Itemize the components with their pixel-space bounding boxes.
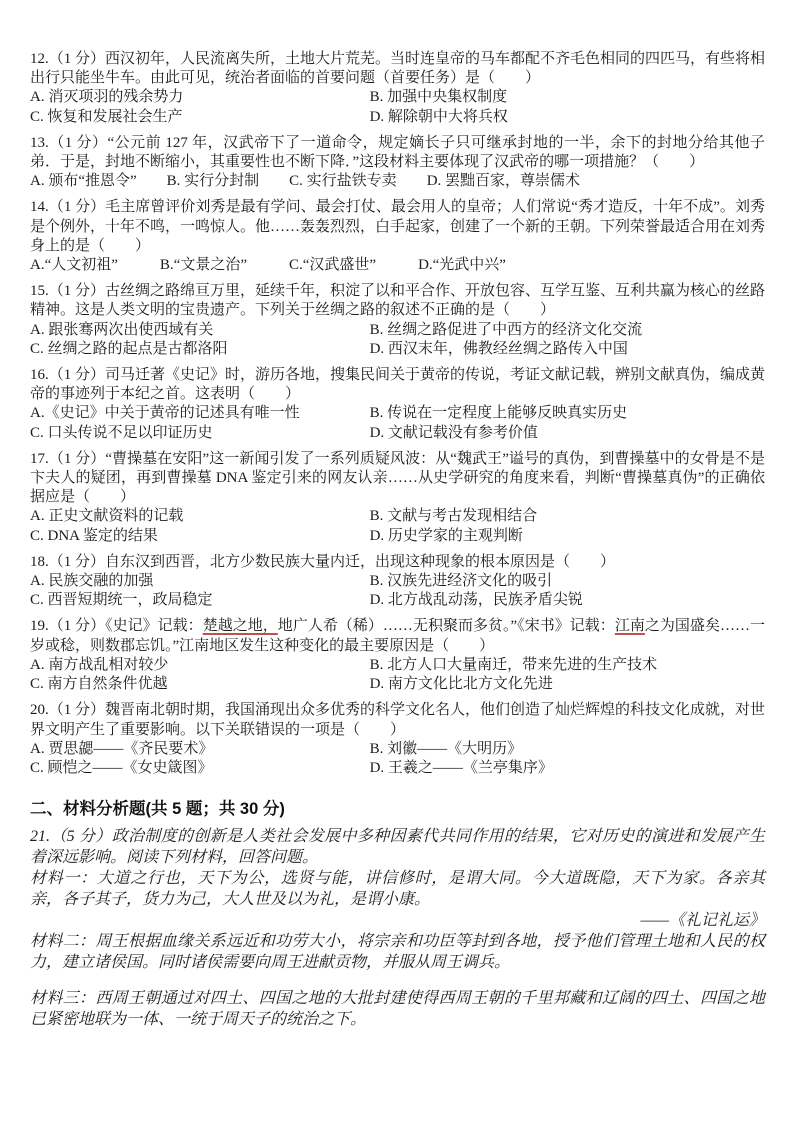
option-a: A. 跟张骞两次出使西域有关: [30, 321, 370, 340]
option-d: D. 罢黜百家，尊崇儒术: [427, 172, 580, 191]
material-1-source: ——《礼记礼运》: [30, 910, 765, 931]
option-d: D. 王羲之——《兰亭集序》: [370, 759, 765, 778]
option-d: D. 南方文化比北方文化先进: [370, 675, 765, 694]
question-14-stem: 14.（1 分）毛主席曾评价刘秀是最有学问、最会打仗、最会用人的皇帝；人们常说“…: [30, 198, 765, 256]
question-19-options: A. 南方战乱相对较少 B. 北方人口大量南迁，带来先进的生产技术 C. 南方自…: [30, 656, 765, 694]
option-d: D. 西汉末年，佛教经丝绸之路传入中国: [370, 340, 765, 359]
option-b: B. 汉族先进经济文化的吸引: [370, 572, 765, 591]
question-12-stem: 12.（1 分）西汉初年，人民流离失所，土地大片荒芜。当时连皇帝的马车都配不齐毛…: [30, 50, 765, 88]
question-16-stem: 16.（1 分）司马迁著《史记》时，游历各地，搜集民间关于黄帝的传说，考证文献记…: [30, 366, 765, 404]
question-14-options: A.“人文初祖” B.“文景之治” C.“汉武盛世” D.“光武中兴”: [30, 256, 765, 275]
question-19: 19.（1 分）《史记》记载：楚越之地，地广人希（稀）……无积聚而多贫。”《宋书…: [30, 617, 765, 694]
option-b: B. 传说在一定程度上能够反映真实历史: [370, 404, 765, 423]
question-17-stem: 17.（1 分）“曹操墓在安阳”这一新闻引发了一系列质疑风波：从“魏武王”谥号的…: [30, 450, 765, 508]
material-3: 材料三：西周王朝通过对四土、四国之地的大批封建使得西周王朝的千里邦藏和辽阔的四土…: [30, 988, 765, 1030]
option-b: B. 加强中央集权制度: [370, 88, 765, 107]
option-a: A.“人文初祖”: [30, 256, 118, 275]
option-b: B. 丝绸之路促进了中西方的经济文化交流: [370, 321, 765, 340]
question-20-stem: 20.（1 分）魏晋南北朝时期，我国涌现出众多优秀的科学文化名人，他们创造了灿烂…: [30, 701, 765, 739]
question-18-stem: 18.（1 分）自东汉到西晋，北方少数民族大量内迁，出现这种现象的根本原因是（ …: [30, 553, 765, 572]
option-d: D. 解除朝中大将兵权: [370, 108, 765, 127]
option-b: B. 实行分封制: [167, 172, 260, 191]
question-16-options: A.《史记》中关于黄帝的记述具有唯一性 B. 传说在一定程度上能够反映真实历史 …: [30, 404, 765, 442]
exam-page: 12.（1 分）西汉初年，人民流离失所，土地大片荒芜。当时连皇帝的马车都配不齐毛…: [0, 0, 793, 1122]
section-heading: 二、材料分析题(共 5 题；共 30 分): [30, 798, 765, 820]
option-c: C. 口头传说不足以印证历史: [30, 424, 370, 443]
question-15-stem: 15.（1 分）古丝绸之路绵亘万里，延续千年，积淀了以和平合作、开放包容、互学互…: [30, 282, 765, 320]
question-20: 20.（1 分）魏晋南北朝时期，我国涌现出众多优秀的科学文化名人，他们创造了灿烂…: [30, 701, 765, 778]
question-12: 12.（1 分）西汉初年，人民流离失所，土地大片荒芜。当时连皇帝的马车都配不齐毛…: [30, 50, 765, 127]
material-1: 材料一：大道之行也，天下为公，选贤与能，讲信修时，是谓大同。今大道既隐，天下为家…: [30, 868, 765, 910]
option-d: D. 文献记载没有参考价值: [370, 424, 765, 443]
option-a: A. 颁布“推恩令”: [30, 172, 137, 191]
option-a: A. 消灭项羽的残余势力: [30, 88, 370, 107]
option-c: C. 顾恺之——《女史箴图》: [30, 759, 370, 778]
question-15: 15.（1 分）古丝绸之路绵亘万里，延续千年，积淀了以和平合作、开放包容、互学互…: [30, 282, 765, 359]
option-b: B.“文景之治”: [160, 256, 247, 275]
red-underline-segment: 楚越之地，: [203, 618, 278, 634]
option-c: C. 恢复和发展社会生产: [30, 108, 370, 127]
option-a: A. 南方战乱相对较少: [30, 656, 370, 675]
material-2: 材料二：周王根据血缘关系远近和功劳大小，将宗亲和功臣等封到各地，授予他们管理土地…: [30, 931, 765, 973]
question-12-options: A. 消灭项羽的残余势力 B. 加强中央集权制度 C. 恢复和发展社会生产 D.…: [30, 88, 765, 126]
question-21: 21.（5 分）政治制度的创新是人类社会发展中多种因素代共同作用的结果，它对历史…: [30, 826, 765, 1030]
option-c: C. 南方自然条件优越: [30, 675, 370, 694]
option-c: C. 西晋短期统一，政局稳定: [30, 591, 370, 610]
option-b: B. 北方人口大量南迁，带来先进的生产技术: [370, 656, 765, 675]
stem-text: 地广人希（稀）……无积聚而多贫。”《宋书》记载：: [278, 618, 615, 634]
question-13: 13.（1 分）“公元前 127 年，汉武帝下了一道命令，规定嫡长子只可继承封地…: [30, 134, 765, 192]
question-13-stem: 13.（1 分）“公元前 127 年，汉武帝下了一道命令，规定嫡长子只可继承封地…: [30, 134, 765, 172]
question-17: 17.（1 分）“曹操墓在安阳”这一新闻引发了一系列质疑风波：从“魏武王”谥号的…: [30, 450, 765, 546]
question-20-options: A. 贾思勰——《齐民要术》 B. 刘徽——《大明历》 C. 顾恺之——《女史箴…: [30, 740, 765, 778]
option-d: D. 北方战乱动荡，民族矛盾尖锐: [370, 591, 765, 610]
question-17-options: A. 正史文献资料的记载 B. 文献与考古发现相结合 C. DNA 鉴定的结果 …: [30, 507, 765, 545]
question-13-options: A. 颁布“推恩令” B. 实行分封制 C. 实行盐铁专卖 D. 罢黜百家，尊崇…: [30, 172, 765, 191]
option-c: C.“汉武盛世”: [289, 256, 376, 275]
question-18-options: A. 民族交融的加强 B. 汉族先进经济文化的吸引 C. 西晋短期统一，政局稳定…: [30, 572, 765, 610]
option-a: A. 正史文献资料的记载: [30, 507, 370, 526]
question-14: 14.（1 分）毛主席曾评价刘秀是最有学问、最会打仗、最会用人的皇帝；人们常说“…: [30, 198, 765, 275]
option-c: C. 实行盐铁专卖: [289, 172, 397, 191]
question-16: 16.（1 分）司马迁著《史记》时，游历各地，搜集民间关于黄帝的传说，考证文献记…: [30, 366, 765, 443]
option-b: B. 刘徽——《大明历》: [370, 740, 765, 759]
option-a: A. 民族交融的加强: [30, 572, 370, 591]
stem-text: 19.（1 分）《史记》记载：: [30, 618, 203, 634]
option-a: A. 贾思勰——《齐民要术》: [30, 740, 370, 759]
option-c: C. DNA 鉴定的结果: [30, 527, 370, 546]
question-19-stem: 19.（1 分）《史记》记载：楚越之地，地广人希（稀）……无积聚而多贫。”《宋书…: [30, 617, 765, 655]
question-18: 18.（1 分）自东汉到西晋，北方少数民族大量内迁，出现这种现象的根本原因是（ …: [30, 553, 765, 611]
question-15-options: A. 跟张骞两次出使西域有关 B. 丝绸之路促进了中西方的经济文化交流 C. 丝…: [30, 321, 765, 359]
option-d: D. 历史学家的主观判断: [370, 527, 765, 546]
option-b: B. 文献与考古发现相结合: [370, 507, 765, 526]
option-c: C. 丝绸之路的起点是古都洛阳: [30, 340, 370, 359]
option-a: A.《史记》中关于黄帝的记述具有唯一性: [30, 404, 370, 423]
red-underline-segment: 江南: [615, 618, 645, 634]
option-d: D.“光武中兴”: [418, 256, 506, 275]
question-21-stem: 21.（5 分）政治制度的创新是人类社会发展中多种因素代共同作用的结果，它对历史…: [30, 826, 765, 868]
